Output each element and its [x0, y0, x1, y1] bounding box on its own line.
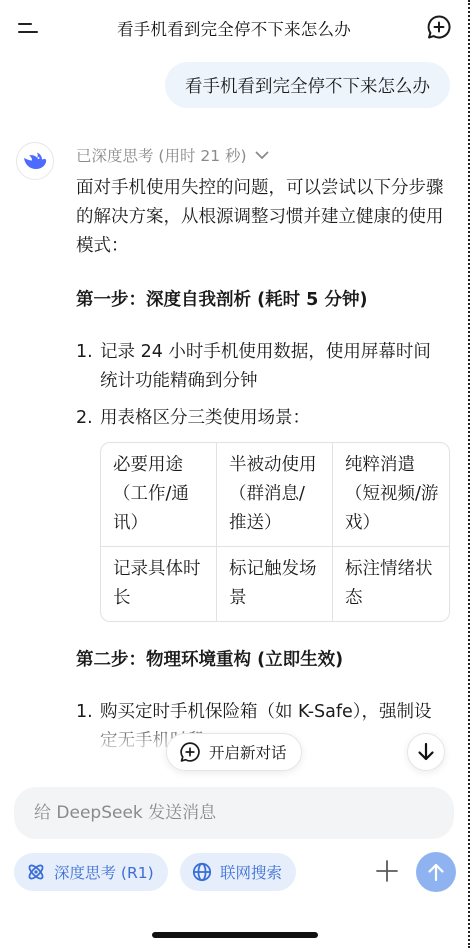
user-message-bubble: 看手机看到完全停不下来怎么办: [165, 62, 450, 108]
send-button[interactable]: [416, 852, 456, 892]
list-item: 2. 用表格区分三类使用场景：: [76, 404, 448, 433]
answer-intro: 面对手机使用失控的问题，可以尝试以下分步骤的解决方案，从根源调整习惯并建立健康的…: [76, 174, 448, 261]
start-new-chat-label: 开启新对话: [209, 741, 287, 763]
table-row: 必要用途（工作/通讯） 半被动使用（群消息/推送） 纯粹消遣（短视频/游戏）: [101, 443, 449, 547]
arrow-up-icon: [427, 862, 445, 882]
menu-icon: [18, 23, 32, 25]
atom-icon: [26, 862, 46, 882]
list-number: 1.: [76, 698, 93, 727]
scroll-to-bottom-button[interactable]: [407, 733, 445, 771]
step2-heading: 第二步：物理环境重构 (立即生效): [76, 646, 448, 675]
deep-think-label: 深度思考 (R1): [54, 861, 154, 883]
assistant-avatar: [16, 142, 54, 180]
top-bar: 看手机看到完全停不下来怎么办: [0, 0, 468, 56]
step1-heading: 第一步：深度自我剖析 (耗时 5 分钟): [76, 286, 448, 315]
chat-plus-icon: [179, 741, 201, 763]
table-cell: 记录具体时长: [101, 547, 217, 621]
table-cell: 半被动使用（群消息/推送）: [217, 443, 333, 547]
table-cell: 必要用途（工作/通讯）: [101, 443, 217, 547]
chat-plus-icon: [426, 14, 452, 40]
table-cell: 纯粹消遣（短视频/游戏）: [333, 443, 449, 547]
deep-think-toggle[interactable]: 深度思考 (R1): [14, 853, 168, 891]
home-indicator: [152, 932, 318, 938]
table-row: 记录具体时长 标记触发场景 标注情绪状态: [101, 547, 449, 621]
list-text: 记录 24 小时手机使用数据，使用屏幕时间统计功能精确到分钟: [100, 342, 431, 391]
step1-list: 1. 记录 24 小时手机使用数据，使用屏幕时间统计功能精确到分钟 2. 用表格…: [76, 338, 448, 433]
globe-icon: [192, 862, 212, 882]
menu-icon-line: [18, 31, 38, 33]
message-composer: [14, 787, 454, 839]
list-number: 1.: [76, 338, 93, 367]
thinking-label: 已深度思考 (用时 21 秒): [76, 144, 247, 166]
list-text: 用表格区分三类使用场景：: [100, 408, 310, 428]
new-chat-button[interactable]: [426, 14, 452, 40]
plus-icon: [374, 858, 400, 884]
web-search-toggle[interactable]: 联网搜索: [180, 853, 296, 891]
start-new-chat-button[interactable]: 开启新对话: [166, 733, 302, 771]
list-number: 2.: [76, 404, 93, 433]
table-cell: 标注情绪状态: [333, 547, 449, 621]
table-cell: 标记触发场景: [217, 547, 333, 621]
chevron-down-icon: [255, 150, 269, 160]
attach-button[interactable]: [374, 858, 400, 884]
web-search-label: 联网搜索: [220, 861, 282, 883]
assistant-answer: 面对手机使用失控的问题，可以尝试以下分步骤的解决方案，从根源调整习惯并建立健康的…: [76, 174, 448, 756]
deepseek-whale-logo: [22, 150, 48, 172]
list-item: 1. 记录 24 小时手机使用数据，使用屏幕时间统计功能精确到分钟: [76, 338, 448, 396]
thinking-toggle[interactable]: 已深度思考 (用时 21 秒): [76, 144, 269, 166]
arrow-down-icon: [417, 742, 435, 762]
message-input[interactable]: [34, 803, 454, 823]
menu-button[interactable]: [18, 20, 40, 36]
usage-scenario-table: 必要用途（工作/通讯） 半被动使用（群消息/推送） 纯粹消遣（短视频/游戏） 记…: [100, 442, 450, 622]
conversation-title: 看手机看到完全停不下来怎么办: [117, 16, 351, 40]
